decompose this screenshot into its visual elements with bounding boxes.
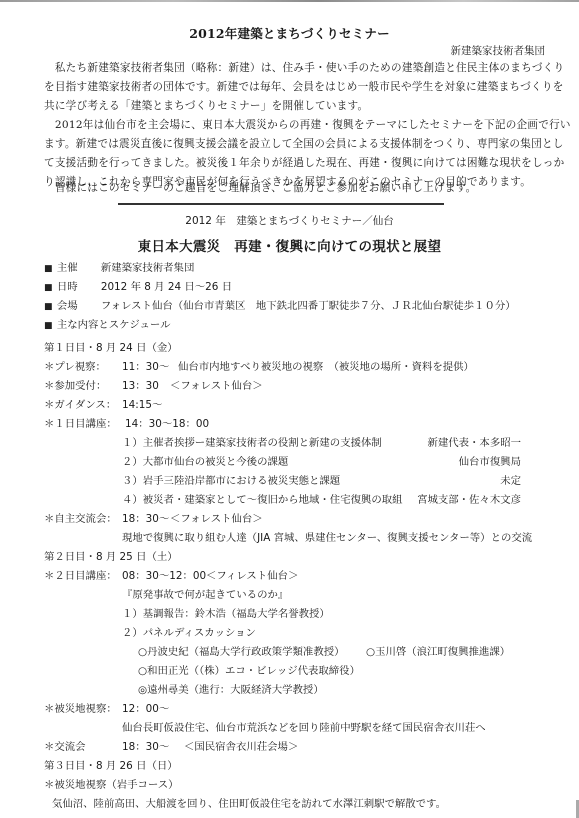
day2-social-venue: ＜国民宿舎衣川荘会場＞ bbox=[184, 738, 298, 753]
scan-top-edge bbox=[0, 0, 579, 2]
day1-item-time: 14:15～ bbox=[122, 396, 162, 411]
day3-course-label: ＊被災地視察（岩手コース） bbox=[44, 776, 179, 791]
day1-social-time: 18：30～ bbox=[122, 510, 169, 525]
document-title: 2012年建築とまちづくりセミナー bbox=[0, 24, 579, 42]
event-title: 東日本大震災 再建・復興に向けての現状と展望 bbox=[0, 235, 579, 255]
day2-social-label: ＊交流会 bbox=[44, 738, 86, 753]
organization-name: 新建築家技術者集団 bbox=[451, 43, 546, 58]
day1-item-time: 14：30～18：00 bbox=[125, 415, 209, 430]
info-label: 会場 bbox=[57, 301, 101, 311]
day3-heading: 第３日目・8 月 26 日（日） bbox=[44, 757, 178, 772]
day2-tour-text: 仙台長町仮設住宅、仙台市荒浜などを回り陸前中野駅を経て国民宿舎衣川荘へ bbox=[122, 719, 486, 734]
intro-closing-line: 皆様にはこのセミナーのご趣旨をご理解頂き、ご協力とご参加をお願い申し上げます。 bbox=[44, 180, 476, 195]
day1-social-label: ＊自主交流会： bbox=[44, 510, 117, 525]
info-organizer: 主催新建築家技術者集団 bbox=[44, 263, 194, 274]
intro-line: 私たち新建築家技術者集団（略称：新建）は、住み手・使い手のための建築創造と住民主… bbox=[44, 63, 564, 74]
day1-item-time: 13：30 bbox=[122, 377, 159, 392]
lecture-title: ４）被災者・建築家として～復旧から地域・住宅復興の取組 bbox=[122, 491, 403, 506]
day2-lecture-time: 08：30～12：00 bbox=[122, 567, 206, 582]
day2-tour-label: ＊被災地視察： bbox=[44, 700, 117, 715]
lecture-speaker: 宮城支部・佐々木文彦 bbox=[417, 491, 521, 506]
info-label: 主催 bbox=[57, 263, 101, 273]
day2-lecture-venue: ＜フィレスト仙台＞ bbox=[206, 567, 298, 582]
schedule-heading-text: 主な内容とスケジュール bbox=[57, 319, 171, 331]
panelist: ○丹波史紀（福島大学行政政策学類准教授） bbox=[138, 643, 345, 658]
schedule-heading: 主な内容とスケジュール bbox=[44, 320, 171, 331]
info-value: フォレスト仙台（仙台市青葉区 地下鉄北四番丁駅徒歩７分、ＪＲ北仙台駅徒歩１０分） bbox=[101, 300, 516, 312]
lecture-title: ２）大都市仙台の被災と今後の課題 bbox=[122, 453, 288, 468]
panelist: ○和田正光（（株）エコ・ビレッジ代表取締役） bbox=[138, 662, 360, 677]
intro-line: て支援活動を行ってきました。被災後１年余りが経過した現在、再建・復興に向けては困… bbox=[44, 158, 565, 169]
intro-line: 共に学び考える「建築とまちづくりセミナー」を開催しています。 bbox=[44, 101, 368, 112]
day1-heading: 第１日目・8 月 24 日（金） bbox=[44, 339, 178, 354]
day2-social-time: 18：30～ bbox=[122, 738, 169, 753]
day2-tour-time: 12：00～ bbox=[122, 700, 169, 715]
day2-keynote: １）基調報告：鈴木浩（福島大学名誉教授） bbox=[122, 605, 330, 620]
lecture-speaker: 新建代表・本多昭一 bbox=[427, 434, 521, 449]
section-divider bbox=[118, 203, 444, 205]
day2-heading: 第２日目・8 月 25 日（土） bbox=[44, 548, 178, 563]
day1-item-time: 11：30～ bbox=[122, 358, 169, 373]
info-venue: 会場フォレスト仙台（仙台市青葉区 地下鉄北四番丁駅徒歩７分、ＪＲ北仙台駅徒歩１０… bbox=[44, 301, 516, 312]
day2-lecture-label: ＊２日目講座： bbox=[44, 567, 117, 582]
lecture-speaker: 仙台市復興局 bbox=[459, 453, 521, 468]
info-value: 新建築家技術者集団 bbox=[101, 262, 195, 274]
day1-item-label: ＊参加受付： bbox=[44, 377, 106, 392]
panelist: ○玉川啓（浪江町復興推進課） bbox=[366, 643, 510, 658]
day1-social-venue: ＜フォレスト仙台＞ bbox=[170, 510, 263, 525]
info-label: 日時 bbox=[57, 282, 101, 292]
day2-theme: 『原発事故で何が起きているのか』 bbox=[122, 586, 288, 601]
intro-line: ます。新建では震災直後に復興支援会議を設立して全国の会員による支援体制をつくり、… bbox=[44, 139, 564, 150]
day1-item-label: ＊プレ視察： bbox=[44, 358, 106, 373]
day2-panel-heading: ２）パネルディスカッション bbox=[122, 624, 256, 639]
lecture-title: １）主催者挨拶ー建築家技術者の役割と新建の支援体制 bbox=[122, 434, 382, 449]
day1-social-note: 現地で復興に取り組む人達（JIA 宮城、県建住センター、復興支援センター等）との… bbox=[122, 529, 532, 544]
info-date: 日時2012 年 8 月 24 日～26 日 bbox=[44, 282, 232, 293]
day1-item-label: ＊１日目講座： bbox=[44, 415, 117, 430]
info-value: 2012 年 8 月 24 日～26 日 bbox=[101, 281, 232, 293]
lecture-speaker: 未定 bbox=[500, 472, 521, 487]
panelist-moderator: ◎遠州尋美（進行：大阪経済大学教授） bbox=[138, 681, 324, 696]
day1-item-label: ＊ガイダンス： bbox=[44, 396, 116, 411]
event-subtitle: 2012 年 建築とまちづくりセミナー／仙台 bbox=[0, 213, 579, 228]
intro-line: 2012年は仙台市を主会場に、東日本大震災からの再建・復興をテーマにしたセミナー… bbox=[44, 120, 571, 131]
day1-item-text: ＜フォレスト仙台＞ bbox=[170, 377, 263, 392]
intro-line: を目指す建築家技術者の団体です。新建では毎年、会員をはじめ一般市民や学生を対象に… bbox=[44, 82, 564, 93]
day3-course-text: 気仙沼、陸前高田、大船渡を回り、住田町仮設住宅を訪れて水澤江刺駅で解散です。 bbox=[52, 795, 446, 810]
day1-item-text: 仙台市内地すべり被災地の視察 （被災地の場所・資料を提供） bbox=[178, 358, 474, 373]
lecture-title: ３）岩手三陸沿岸都市における被災実態と課題 bbox=[122, 472, 340, 487]
